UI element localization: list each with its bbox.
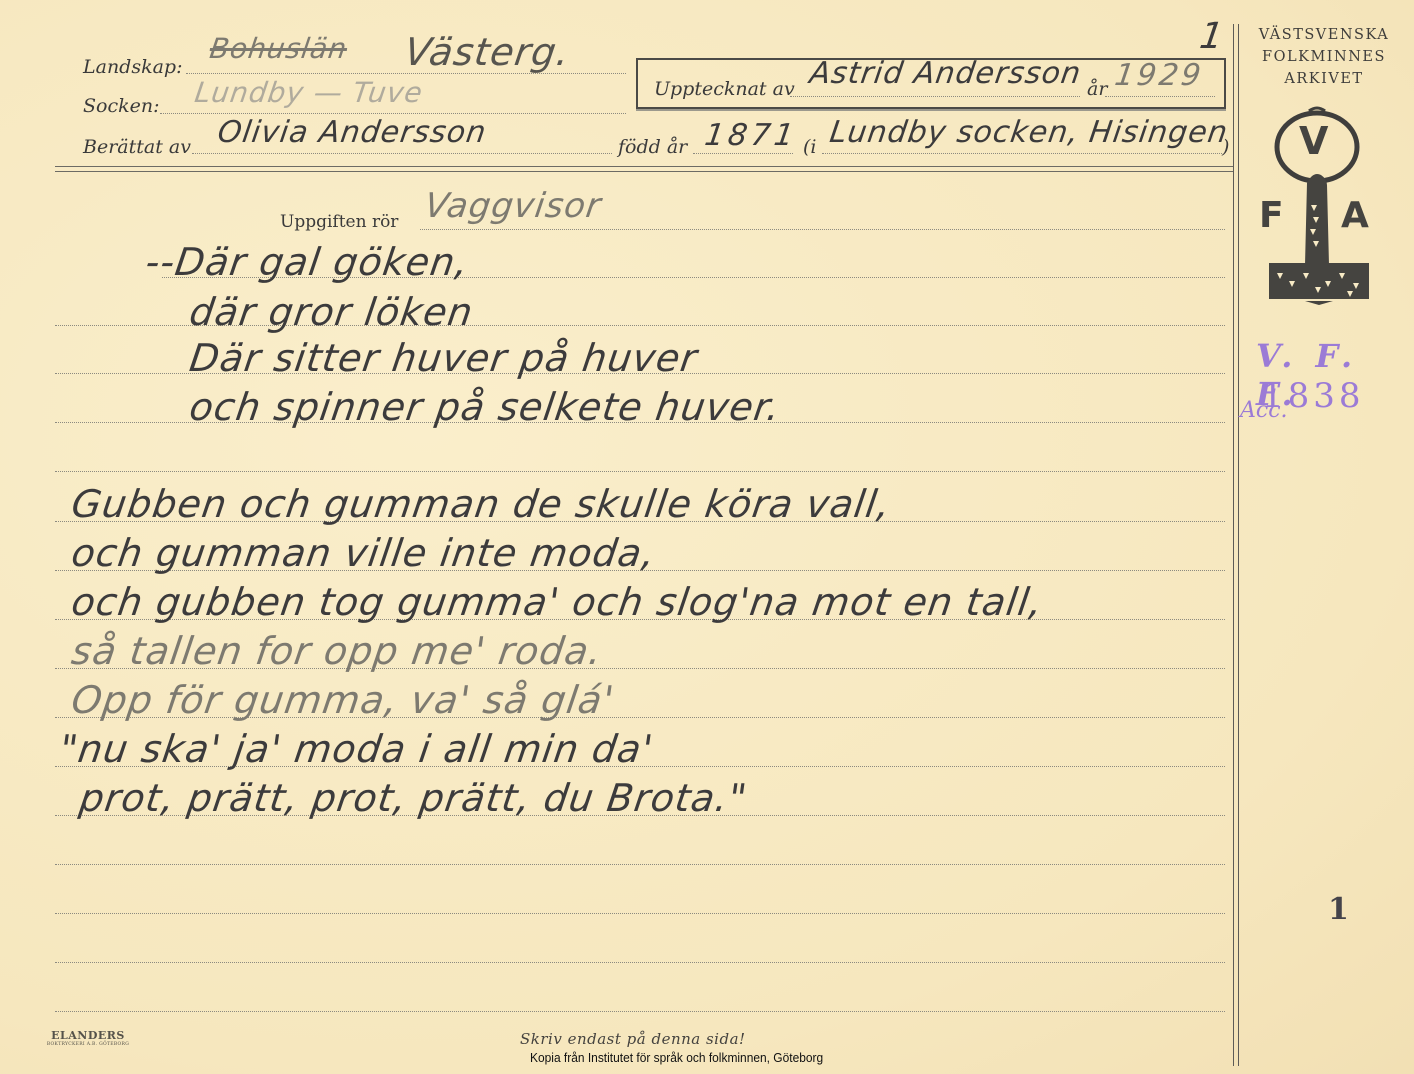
- verse-line: där gror löken: [187, 290, 476, 334]
- printer-mark: ELANDERS BOKTRYCKERI A.B. GÖTEBORG: [43, 1029, 133, 1047]
- fodd-label: född år: [618, 136, 687, 158]
- archive-header: VÄSTSVENSKA FOLKMINNES ARKIVET: [1244, 24, 1404, 90]
- uppgiften-value: Vaggvisor: [422, 186, 604, 226]
- archive-header-line: ARKIVET: [1244, 68, 1404, 90]
- socken-line: [160, 113, 626, 114]
- verse-line: "nu ska' ja' moda i all min da': [57, 727, 656, 771]
- uppteck-label: Upptecknat av: [654, 78, 795, 100]
- berattat-label: Berättat av: [83, 136, 191, 158]
- verse-line: och gubben tog gumma' och slog'na mot en…: [69, 580, 1046, 624]
- verse-line: så tallen for opp me' roda.: [69, 629, 605, 673]
- page-number: 1: [1328, 892, 1349, 927]
- verse-line: --Där gal göken,: [143, 240, 472, 284]
- uppteck-value: Astrid Andersson: [808, 56, 1084, 91]
- ar-line: [1105, 96, 1215, 97]
- verse-line: prot, prätt, prot, prätt, du Brota.": [77, 776, 750, 820]
- berattat-line: [192, 153, 612, 154]
- uppgiften-label: Uppgiften rör: [280, 212, 398, 232]
- archive-header-line: VÄSTSVENSKA: [1244, 24, 1404, 46]
- footer-instruction: Skriv endast på denna sida!: [520, 1030, 746, 1048]
- copy-notice: Kopia från Institutet för språk och folk…: [530, 1050, 823, 1065]
- fodd-line: [693, 153, 793, 154]
- logo-letter-a: A: [1341, 195, 1369, 236]
- landskap-label: Landskap:: [83, 56, 183, 78]
- page-mark: 1: [1197, 16, 1227, 57]
- fodd-place-close: ): [1222, 136, 1229, 158]
- fodd-place-open: (i: [803, 136, 817, 158]
- landskap-struck-value: Bohuslän: [208, 32, 350, 65]
- fodd-place-line: [822, 153, 1222, 154]
- printer-name: ELANDERS: [43, 1029, 133, 1042]
- printer-sub: BOKTRYCKERI A.B. GÖTEBORG: [43, 1042, 133, 1047]
- uppteck-line: [790, 96, 1080, 97]
- verse-line: och spinner på selkete huver.: [187, 385, 783, 429]
- fodd-place-value: Lundby socken, Hisingen: [828, 115, 1231, 150]
- berattat-value: Olivia Andersson: [216, 115, 489, 150]
- uppgiften-line: [420, 229, 1225, 230]
- logo-letter-f: F: [1259, 195, 1284, 236]
- logo-letter-v: V: [1299, 119, 1328, 163]
- socken-label: Socken:: [83, 95, 160, 117]
- header-divider: [55, 166, 1233, 172]
- archive-header-line: FOLKMINNES: [1244, 46, 1404, 68]
- verse-line: Gubben och gumman de skulle köra vall,: [69, 482, 894, 526]
- verse-line: Där sitter huver på huver: [187, 336, 701, 380]
- stamp-acc: Acc.: [1240, 398, 1288, 423]
- socken-value: Lundby — Tuve: [193, 76, 425, 109]
- margin-divider: [1233, 24, 1239, 1066]
- fodd-value: 1871: [703, 118, 800, 153]
- verse-line: Opp för gumma, va' så glá': [69, 678, 617, 722]
- verse-line: och gumman ville inte moda,: [69, 531, 659, 575]
- vfa-logo: V F A: [1255, 105, 1395, 305]
- landskap-value: Västerg.: [402, 30, 573, 74]
- ar-value: 1929: [1113, 58, 1206, 93]
